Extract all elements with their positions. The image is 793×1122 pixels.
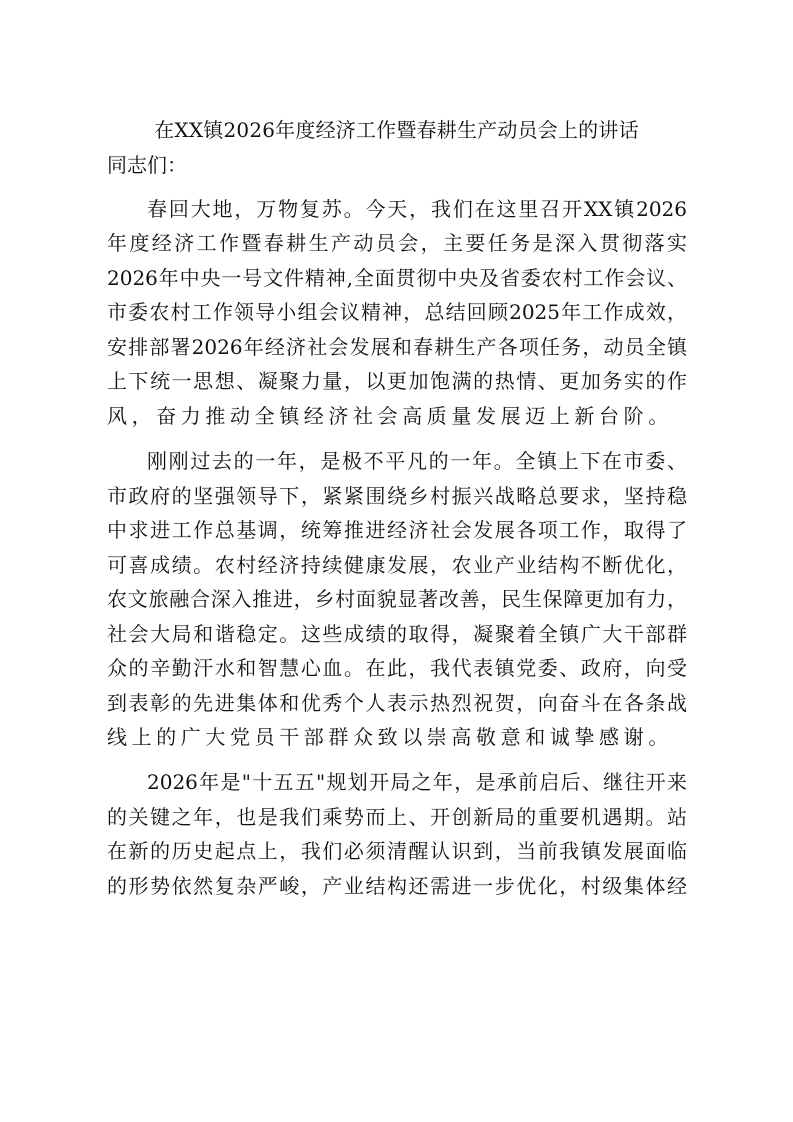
paragraph-line: 社会大局和谐稳定。这些成绩的取得，凝聚着全镇广大干部群 xyxy=(107,617,687,651)
paragraph-line: 年度经济工作暨春耕生产动员会，主要任务是深入贯彻落实 xyxy=(107,226,687,260)
paragraph-line: 风，奋力推动全镇经济社会高质量发展迈上新台阶。 xyxy=(107,399,687,433)
paragraph-line: 农文旅融合深入推进，乡村面貌显著改善，民生保障更加有力， xyxy=(107,582,687,616)
paragraph-line: 市委农村工作领导小组会议精神，总结回顾2025年工作成效， xyxy=(107,295,687,329)
paragraph-line: 可喜成绩。农村经济持续健康发展，农业产业结构不断优化， xyxy=(107,548,687,582)
paragraph-line: 中求进工作总基调，统筹推进经济社会发展各项工作，取得了 xyxy=(107,513,687,547)
paragraph-line: 刚刚过去的一年，是极不平凡的一年。全镇上下在市委、 xyxy=(147,444,687,478)
paragraph-line: 的关键之年，也是我们乘势而上、开创新局的重要机遇期。站 xyxy=(107,800,687,834)
paragraph-line: 线上的广大党员干部群众致以崇高敬意和诚挚感谢。 xyxy=(107,720,687,754)
document-title: 在XX镇2026年度经济工作暨春耕生产动员会上的讲话 xyxy=(107,113,686,147)
document-page: 在XX镇2026年度经济工作暨春耕生产动员会上的讲话 同志们： 春回大地，万物复… xyxy=(0,0,793,1122)
paragraph-line: 在新的历史起点上，我们必须清醒认识到，当前我镇发展面临 xyxy=(107,834,687,868)
paragraph-line: 的形势依然复杂严峻，产业结构还需进一步优化，村级集体经 xyxy=(107,869,687,903)
salutation: 同志们： xyxy=(107,148,687,182)
paragraph-line: 众的辛勤汗水和智慧心血。在此，我代表镇党委、政府，向受 xyxy=(107,651,687,685)
paragraph-line: 2026年中央一号文件精神,全面贯彻中央及省委农村工作会议、 xyxy=(107,261,687,295)
paragraph-line: 2026年是"十五五"规划开局之年，是承前启后、继往开来 xyxy=(147,765,687,799)
paragraph-line: 市政府的坚强领导下，紧紧围绕乡村振兴战略总要求，坚持稳 xyxy=(107,479,687,513)
paragraph-line: 上下统一思想、凝聚力量，以更加饱满的热情、更加务实的作 xyxy=(107,364,687,398)
paragraph-line: 安排部署2026年经济社会发展和春耕生产各项任务，动员全镇 xyxy=(107,330,687,364)
paragraph-line: 到表彰的先进集体和优秀个人表示热烈祝贺，向奋斗在各条战 xyxy=(107,686,687,720)
paragraph-line: 春回大地，万物复苏。今天，我们在这里召开XX镇2026 xyxy=(147,192,687,226)
